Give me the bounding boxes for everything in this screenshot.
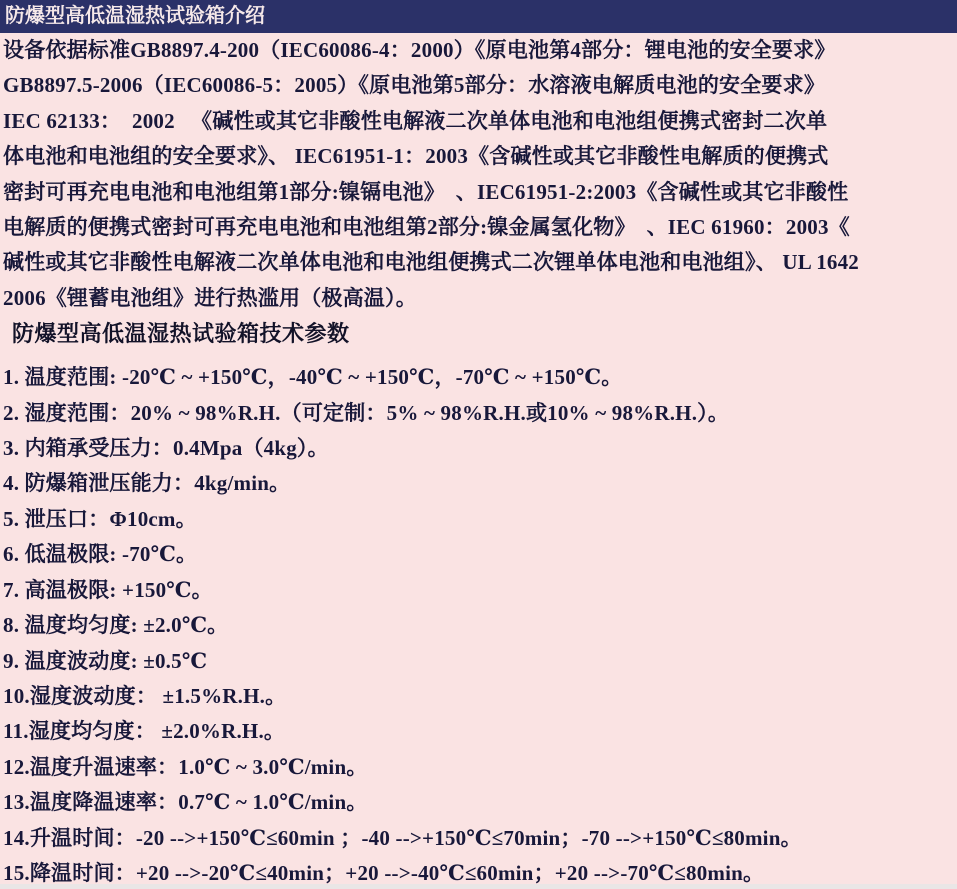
- spec-item-humidity-fluctuation: 10.湿度波动度： ±1.5%R.H.。: [3, 679, 957, 714]
- intro-line: 电解质的便携式密封可再充电电池和电池组第2部分:镍金属氢化物》 、IEC 619…: [3, 210, 957, 245]
- intro-line: GB8897.5-2006（IEC60086-5：2005）《原电池第5部分：水…: [3, 68, 957, 103]
- spec-item-inner-pressure: 3. 内箱承受压力：0.4Mpa（4kg）。: [3, 431, 957, 466]
- spec-item-pressure-relief-capacity: 4. 防爆箱泄压能力：4kg/min。: [3, 466, 957, 501]
- intro-line: 密封可再充电电池和电池组第1部分:镍镉电池》 、IEC61951-2:2003《…: [3, 175, 957, 210]
- intro-line: IEC 62133： 2002 《碱性或其它非酸性电解液二次单体电池和电池组便携…: [3, 104, 957, 139]
- footer-strip: [0, 884, 957, 889]
- spec-item-high-temp-limit: 7. 高温极限: +150℃。: [3, 573, 957, 608]
- spec-item-heating-rate: 12.温度升温速率：1.0℃ ~ 3.0℃/min。: [3, 750, 957, 785]
- intro-line: 设备依据标准GB8897.4-200（IEC60086-4：2000）《原电池第…: [3, 33, 957, 68]
- spec-item-humidity-uniformity: 11.湿度均匀度： ±2.0%R.H.。: [3, 714, 957, 749]
- page-header: 防爆型高低温湿热试验箱介绍: [0, 0, 957, 33]
- intro-paragraph: 设备依据标准GB8897.4-200（IEC60086-4：2000）《原电池第…: [3, 33, 957, 316]
- intro-line: 2006《锂蓄电池组》进行热滥用（极高温）。: [3, 281, 957, 316]
- spec-item-temperature-range: 1. 温度范围: -20℃ ~ +150℃，-40℃ ~ +150℃，-70℃ …: [3, 360, 957, 395]
- spec-item-temp-fluctuation: 9. 温度波动度: ±0.5℃: [3, 644, 957, 679]
- page-title: 防爆型高低温湿热试验箱介绍: [5, 5, 265, 27]
- spec-item-cooling-rate: 13.温度降温速率：0.7℃ ~ 1.0℃/min。: [3, 785, 957, 820]
- content: 设备依据标准GB8897.4-200（IEC60086-4：2000）《原电池第…: [0, 33, 957, 889]
- intro-line: 体电池和电池组的安全要求》、 IEC61951-1：2003《含碱性或其它非酸性…: [3, 139, 957, 174]
- intro-line: 碱性或其它非酸性电解液二次单体电池和电池组便携式二次锂单体电池和电池组》、 UL…: [3, 245, 957, 280]
- spec-item-relief-port: 5. 泄压口：Φ10cm。: [3, 502, 957, 537]
- specs-heading: 防爆型高低温湿热试验箱技术参数: [3, 316, 957, 352]
- specs-list: 1. 温度范围: -20℃ ~ +150℃，-40℃ ~ +150℃，-70℃ …: [3, 360, 957, 889]
- spec-item-heating-time: 14.升温时间：-20 -->+150℃≤60min ；-40 -->+150℃…: [3, 821, 957, 856]
- page: 防爆型高低温湿热试验箱介绍 设备依据标准GB8897.4-200（IEC6008…: [0, 0, 957, 889]
- spec-item-humidity-range: 2. 湿度范围：20% ~ 98%R.H.（可定制：5% ~ 98%R.H.或1…: [3, 396, 957, 431]
- spec-item-temp-uniformity: 8. 温度均匀度: ±2.0℃。: [3, 608, 957, 643]
- spec-item-low-temp-limit: 6. 低温极限: -70℃。: [3, 537, 957, 572]
